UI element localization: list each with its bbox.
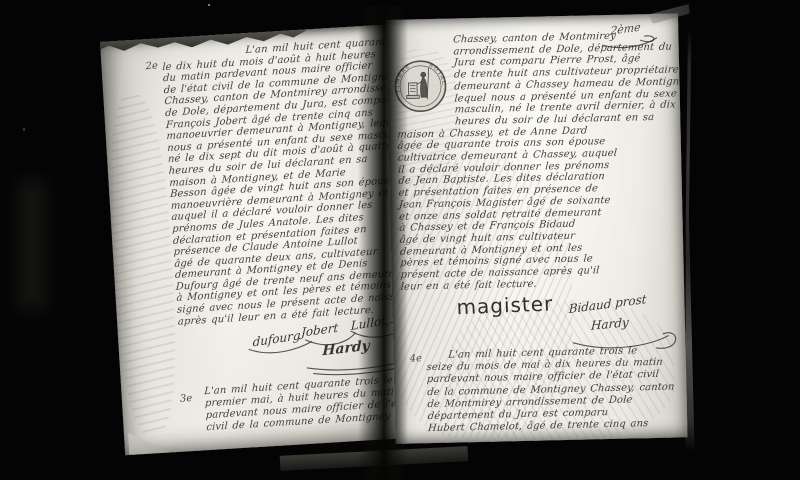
margin-entry-number: 2e xyxy=(145,61,158,73)
right-page: 2ème TIMBRE ROYAL xyxy=(386,13,688,444)
book-gutter-shadow xyxy=(358,6,408,480)
backdrop-smudge xyxy=(18,180,46,310)
signature-hardy-mayor: Hardy xyxy=(591,315,629,333)
signature-dufourg: dufourg xyxy=(253,328,301,349)
birth-act-entry-4-text: L'an mil huit cent quarante trois leseiz… xyxy=(426,344,684,435)
margin-entry-number: 3e xyxy=(180,393,193,405)
film-speck xyxy=(23,128,25,131)
microfilm-scan: 2e L'an mil huit cent quarante troisle d… xyxy=(0,0,800,480)
birth-act-continuation-text: Chassey, canton de Montmireyarrondisseme… xyxy=(394,30,678,294)
signature-magister: magister xyxy=(456,291,554,319)
signature-jobert: Jobert xyxy=(301,321,339,340)
corner-fold xyxy=(128,430,171,455)
margin-entry-number: 4e xyxy=(410,353,423,364)
signature-bidaud-prost: Bidaud prost xyxy=(568,292,646,316)
film-speck xyxy=(208,4,210,6)
